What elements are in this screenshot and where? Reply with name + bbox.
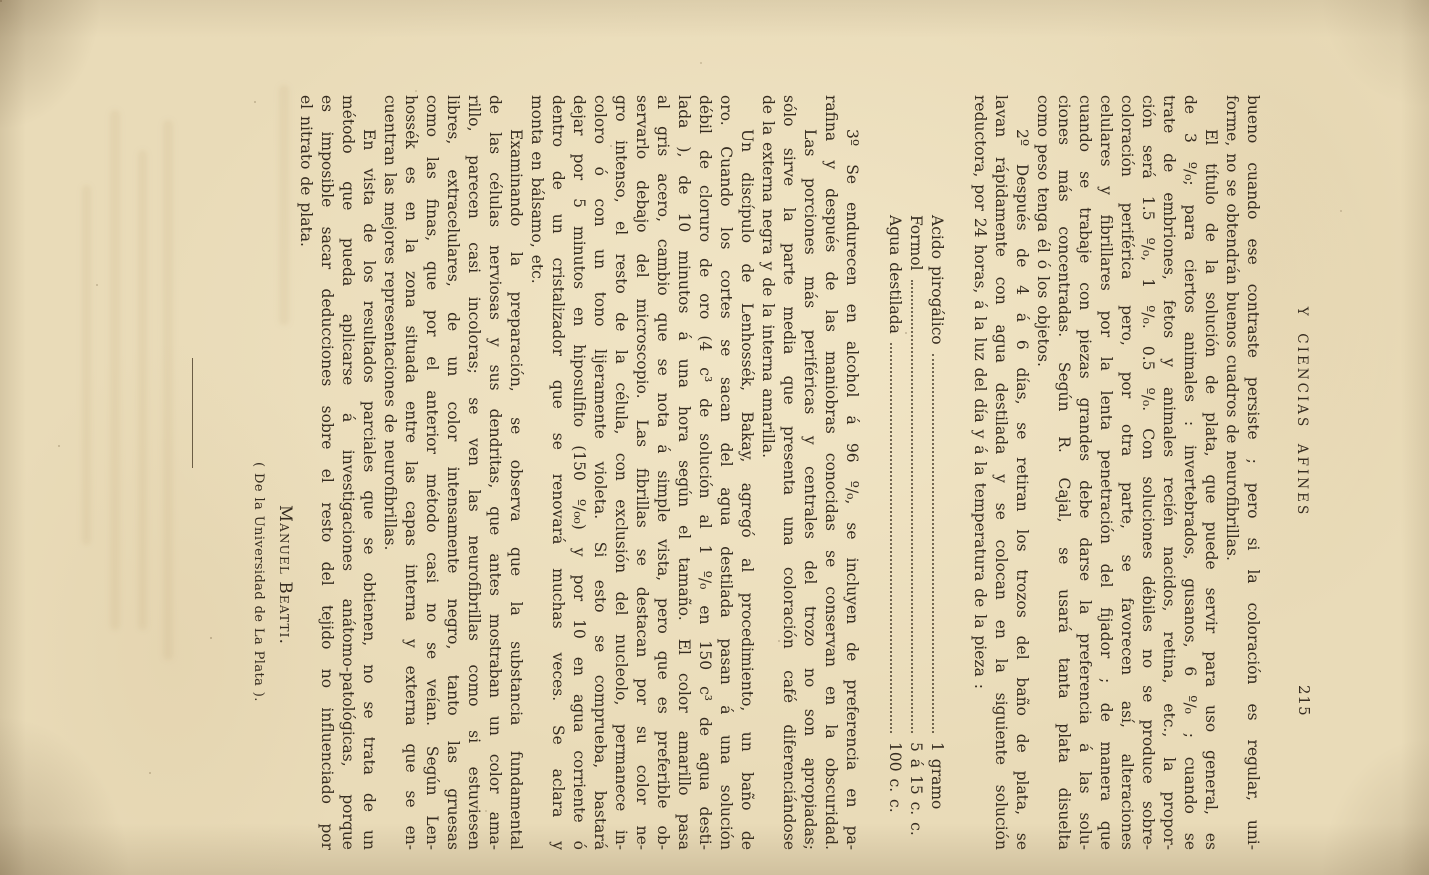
recipe-ingredient: Acido pirogálico: [926, 215, 947, 345]
text-line: lavan rápidamente con agua destilada y s…: [990, 95, 1011, 850]
text-line: cuentran las mejores representaciones de…: [379, 95, 400, 850]
text-line: coloro ó con un tono lijeramente violeta…: [589, 95, 610, 850]
text-line: celulares y fibrillares por la lenta pen…: [1095, 95, 1116, 850]
paper-speckles: [0, 0, 2, 2]
text-line: bueno cuando ese contraste persiste ; pe…: [1242, 95, 1263, 850]
recipe-table: Acido pirogálico1 gramoFormol5 á 15 c. c…: [884, 95, 947, 850]
text-line: de la externa negra y de la interna amar…: [757, 95, 778, 850]
text-line: el nitrato de plata.: [295, 95, 316, 850]
paragraphs-bottom: 3º Se endurecen en alcohol á 96 º/₀, se …: [295, 95, 862, 850]
text-line: dentro de un cristalizador que se renova…: [547, 95, 568, 850]
bleedthrough-smudge: [110, 110, 120, 630]
paragraphs-top: bueno cuando ese contraste persiste ; pe…: [969, 95, 1263, 850]
recipe-ingredient: Formol: [905, 215, 926, 271]
text-line: reductora, por 24 horas, á la luz del dí…: [969, 95, 990, 850]
text-line: Un discípulo de Lenhossék, Bakay, agregó…: [736, 95, 757, 850]
text-line: gro intenso, el resto de la célula, con …: [610, 95, 631, 850]
text-line: como peso tenga él ó los objetos.: [1032, 95, 1053, 850]
text-line: dejar por 5 minutos en hiposulfito (150 …: [568, 95, 589, 850]
signature-affiliation: ( De la Universidad de La Plata ).: [251, 462, 266, 702]
text-line: ciones más concentradas. Según R. Cajal,…: [1053, 95, 1074, 850]
text-line: Examinando la preparación, se observa qu…: [505, 95, 526, 850]
text-line: monta en bálsamo, etc.: [526, 95, 547, 850]
text-line: trate de embriones, fetos y animales rec…: [1158, 95, 1179, 850]
text-line: de 3 º/₀; para ciertos animales : invert…: [1179, 95, 1200, 850]
bleedthrough-smudge: [279, 85, 289, 325]
text-line: libres, extracelulares, de un color inte…: [442, 95, 463, 850]
text-line: oro. Cuando los cortes se sacan del agua…: [715, 95, 736, 850]
bleedthrough-smudge: [163, 120, 173, 660]
text-line: de las células nerviosas y sus dendritas…: [484, 95, 505, 850]
recipe-quantity: 1 gramo: [926, 742, 947, 850]
text-line: rillo, parecen casi incoloras; se ven la…: [463, 95, 484, 850]
text-line: forme, no se obtendrán buenos cuadros de…: [1221, 95, 1242, 850]
text-line: es imposible sacar deducciones sobre el …: [316, 95, 337, 850]
recipe-quantity: 5 á 15 c. c.: [905, 742, 926, 850]
recipe-row: Agua destilada100 c. c.: [884, 95, 905, 850]
text-line: En vista de los resultados parciales que…: [358, 95, 379, 850]
text-line: débil de cloruro de oro (4 c³ de solució…: [694, 95, 715, 850]
body-text: bueno cuando ese contraste persiste ; pe…: [295, 95, 1263, 850]
text-line: sólo sirve la parte media que presenta u…: [778, 95, 799, 850]
text-line: Las porciones más periféricas y centrale…: [799, 95, 820, 850]
text-line: 2º Después de 4 á 6 días, se retiran los…: [1011, 95, 1032, 850]
text-line: ción será 1.5 º/₀, 1 º/₀. 0.5 º/₀. Con s…: [1137, 95, 1158, 850]
end-of-article-rule: [192, 358, 193, 468]
page-rotated-content: Y CIENCIAS AFINES 215 bueno cuando ese c…: [0, 0, 1429, 875]
bleedthrough-smudge: [82, 185, 91, 545]
text-line: método que pueda aplicarse á investigaci…: [337, 95, 358, 850]
signature-name: Manuel Beatti.: [276, 505, 295, 645]
text-line: El título de la solución de plata, que p…: [1200, 95, 1221, 850]
recipe-ingredient: Agua destilada: [884, 215, 905, 334]
text-line: coloración periférica pero, por otra par…: [1116, 95, 1137, 850]
bleedthrough-smudge: [138, 150, 147, 630]
text-line: 3º Se endurecen en alcohol á 96 º/₀, se …: [841, 95, 862, 850]
dot-leader: [932, 354, 934, 733]
page-number: 215: [1295, 685, 1313, 717]
text-line: cuando se trabaje con piezas grandes deb…: [1074, 95, 1095, 850]
text-line: servarlo debajo del microscopio. Las fib…: [631, 95, 652, 850]
text-line: hossék es en la zona situada entre las c…: [400, 95, 421, 850]
text-line: como las finas, que por el anterior méto…: [421, 95, 442, 850]
dot-leader: [890, 343, 892, 733]
text-line: rafina y después de las maniobras conoci…: [820, 95, 841, 850]
scanned-page: Y CIENCIAS AFINES 215 bueno cuando ese c…: [0, 0, 1429, 875]
recipe-quantity: 100 c. c.: [884, 742, 905, 850]
recipe-row: Acido pirogálico1 gramo: [926, 95, 947, 850]
dot-leader: [911, 280, 913, 733]
text-line: lada ), de 10 minutos á una hora según e…: [673, 95, 694, 850]
recipe-row: Formol5 á 15 c. c.: [905, 95, 926, 850]
text-line: al gris acero, cambio que se nota á simp…: [652, 95, 673, 850]
